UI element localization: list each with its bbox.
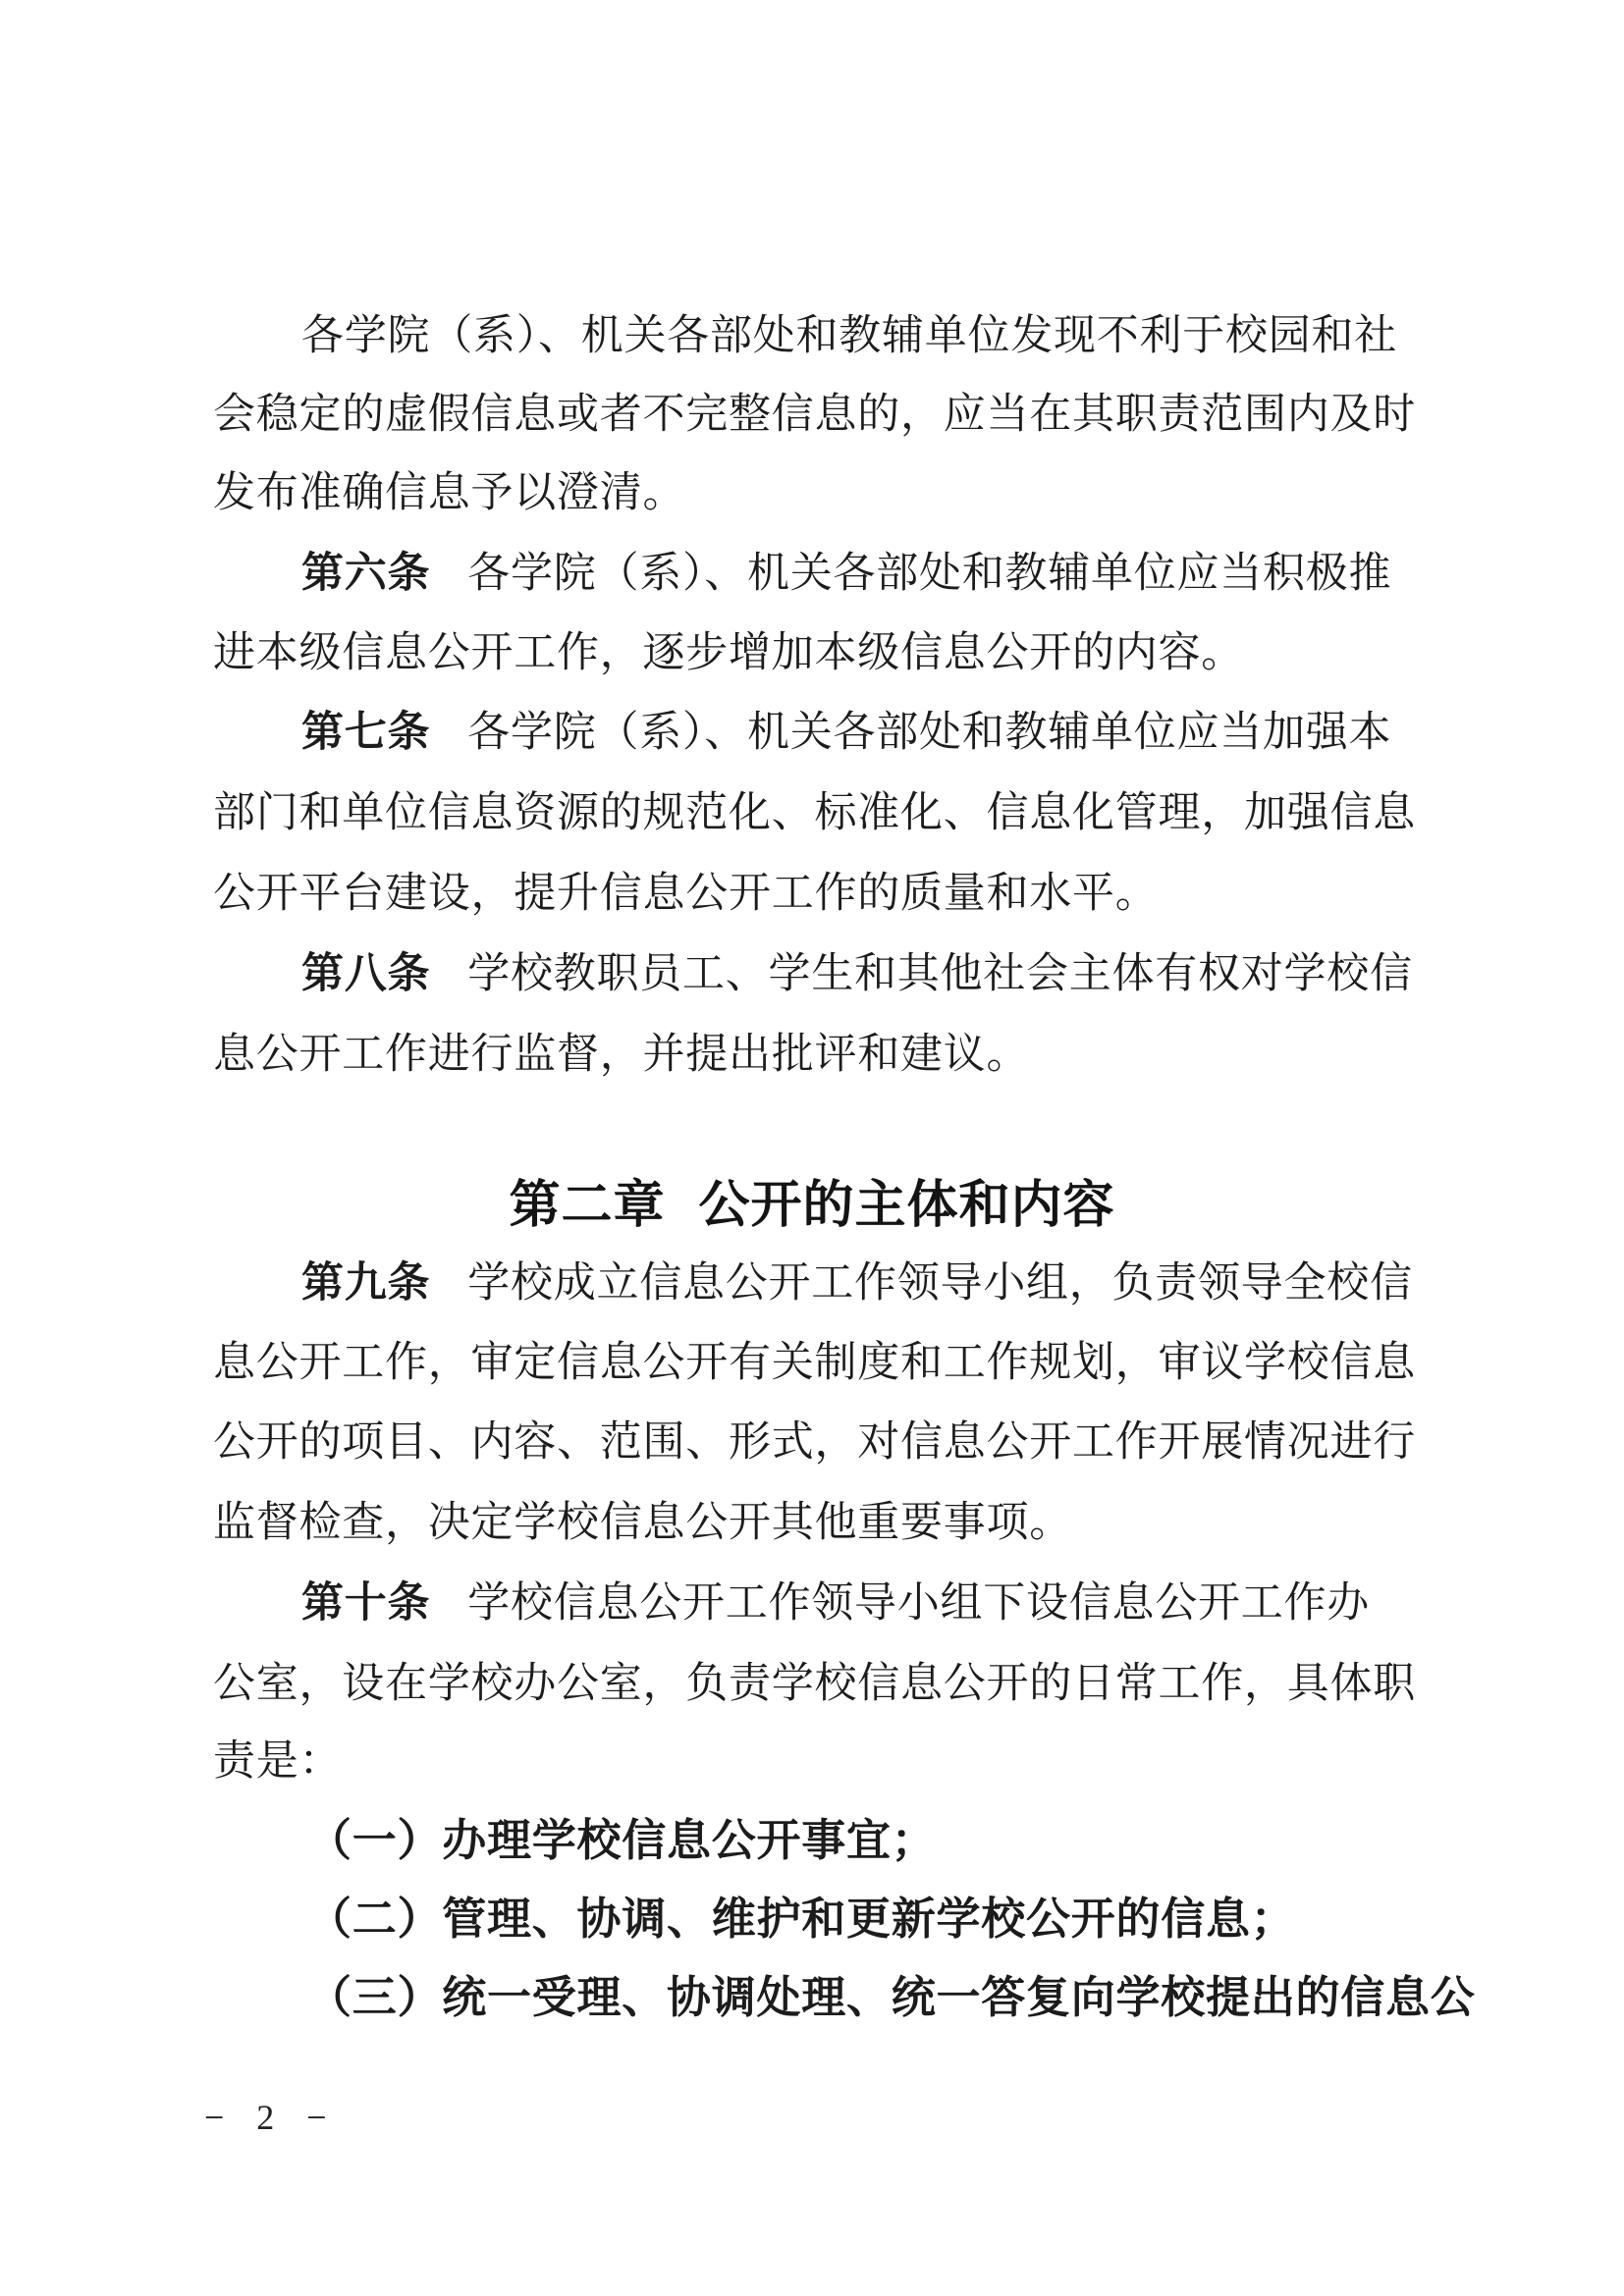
line-text: 监督检查，决定学校信息公开其他重要事项。 xyxy=(213,1500,1072,1546)
list-item: （二）管理、协调、维护和更新学校公开的信息； xyxy=(213,1896,1513,1944)
line-text: 公开平台建设，提升信息公开工作的质量和水平。 xyxy=(213,871,1159,917)
line-text: （一）办理学校信息公开事宜； xyxy=(307,1816,937,1865)
line-text: 部门和单位信息资源的规范化、标准化、信息化管理，加强信息 xyxy=(213,790,1416,836)
line-text: 学校成立信息公开工作领导小组，负责领导全校信 xyxy=(467,1260,1413,1307)
text-line: 息公开工作，审定信息公开有关制度和工作规划，审议学校信息 xyxy=(213,1341,1419,1386)
article-number: 第六条 xyxy=(301,551,430,597)
line-text: 学校教职员工、学生和其他社会主体有权对学校信 xyxy=(467,951,1413,997)
line-text: 进本级信息公开工作，逐步增加本级信息公开的内容。 xyxy=(213,630,1244,676)
text-line: 第六条各学院（系）、机关各部处和教辅单位应当积极推 xyxy=(213,552,1507,597)
list-item: （一）办理学校信息公开事宜； xyxy=(213,1817,1513,1865)
line-text: 责是： xyxy=(213,1738,342,1785)
line-text: 发布准确信息予以澄清。 xyxy=(213,470,685,516)
text-line: 责是： xyxy=(213,1739,1419,1785)
chapter-number: 第二章 xyxy=(509,1176,665,1235)
line-text: 息公开工作，审定信息公开有关制度和工作规划，审议学校信息 xyxy=(213,1340,1416,1386)
line-text: 各学院（系）、机关各部处和教辅单位发现不利于校园和社 xyxy=(301,313,1397,359)
text-line: 公室，设在学校办公室，负责学校信息公开的日常工作，具体职 xyxy=(213,1662,1419,1707)
text-line: 公开平台建设，提升信息公开工作的质量和水平。 xyxy=(213,872,1419,917)
page-number: − 2 − xyxy=(204,2097,336,2138)
text-line: 公开的项目、内容、范围、形式，对信息公开工作开展情况进行 xyxy=(213,1420,1419,1466)
line-text: 各学院（系）、机关各部处和教辅单位应当加强本 xyxy=(467,710,1391,756)
text-line: 第七条各学院（系）、机关各部处和教辅单位应当加强本 xyxy=(213,711,1507,756)
text-line: 进本级信息公开工作，逐步增加本级信息公开的内容。 xyxy=(213,631,1419,676)
article-number: 第十条 xyxy=(301,1580,430,1627)
line-text: 息公开工作进行监督，并提出批评和建议。 xyxy=(213,1032,1029,1078)
line-text: 各学院（系）、机关各部处和教辅单位应当积极推 xyxy=(467,551,1391,597)
line-text: 公开的项目、内容、范围、形式，对信息公开工作开展情况进行 xyxy=(213,1419,1416,1466)
list-item: （三）统一受理、协调处理、统一答复向学校提出的信息公 xyxy=(213,1974,1513,2022)
line-text: 学校信息公开工作领导小组下设信息公开工作办 xyxy=(467,1580,1370,1627)
text-line: 息公开工作进行监督，并提出批评和建议。 xyxy=(213,1033,1419,1078)
line-text: （三）统一受理、协调处理、统一答复向学校提出的信息公 xyxy=(307,1973,1476,2022)
text-line: 第八条学校教职员工、学生和其他社会主体有权对学校信 xyxy=(213,952,1507,997)
document-page: 各学院（系）、机关各部处和教辅单位发现不利于校园和社 会稳定的虚假信息或者不完整… xyxy=(0,0,1624,2296)
text-line: 会稳定的虚假信息或者不完整信息的，应当在其职责范围内及时 xyxy=(213,393,1419,438)
line-text: 会稳定的虚假信息或者不完整信息的，应当在其职责范围内及时 xyxy=(213,392,1416,438)
text-line: 各学院（系）、机关各部处和教辅单位发现不利于校园和社 xyxy=(213,314,1507,359)
chapter-title: 公开的主体和内容 xyxy=(699,1176,1115,1235)
chapter-heading: 第二章公开的主体和内容 xyxy=(0,1178,1624,1234)
line-text: （二）管理、协调、维护和更新学校公开的信息； xyxy=(307,1895,1296,1944)
text-line: 第十条学校信息公开工作领导小组下设信息公开工作办 xyxy=(213,1581,1507,1627)
line-text: 公室，设在学校办公室，负责学校信息公开的日常工作，具体职 xyxy=(213,1661,1416,1707)
text-line: 监督检查，决定学校信息公开其他重要事项。 xyxy=(213,1501,1419,1546)
text-line: 发布准确信息予以澄清。 xyxy=(213,471,1419,516)
article-number: 第七条 xyxy=(301,710,430,756)
text-line: 部门和单位信息资源的规范化、标准化、信息化管理，加强信息 xyxy=(213,791,1419,836)
text-line: 第九条学校成立信息公开工作领导小组，负责领导全校信 xyxy=(213,1261,1507,1307)
article-number: 第八条 xyxy=(301,951,430,997)
article-number: 第九条 xyxy=(301,1260,430,1307)
